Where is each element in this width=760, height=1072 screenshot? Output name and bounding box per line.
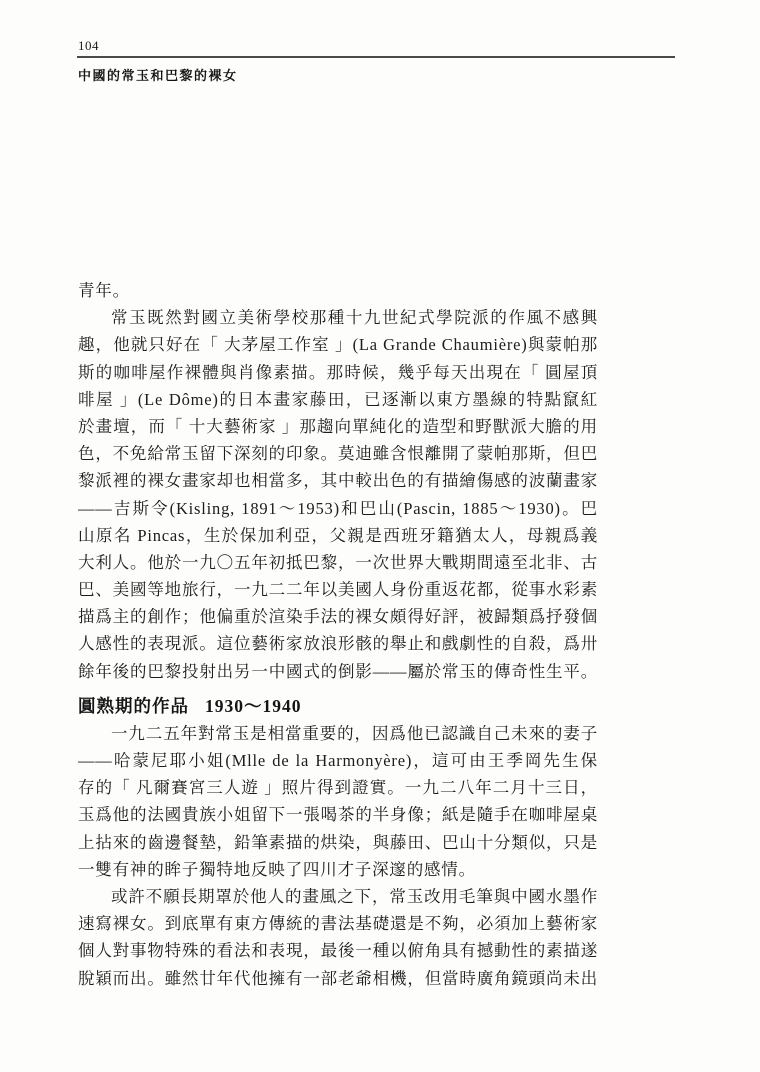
text-line: 描爲主的創作；他偏重於渲染手法的裸女頗得好評，被歸類爲抒發個 bbox=[78, 603, 598, 630]
text-line: ——吉斯令(Kisling, 1891～1953)和巴山(Pascin, 188… bbox=[78, 495, 598, 522]
text-line: 於畫壇，而「 十大藝術家 」那趨向單純化的造型和野獸派大膽的用 bbox=[78, 413, 598, 440]
text-line: 黎派裡的裸女畫家却也相當多，其中較出色的有描繪傷感的波蘭畫家 bbox=[78, 467, 598, 494]
text-line: 啡屋 」(Le Dôme)的日本畫家藤田，已逐漸以東方墨線的特點竄紅 bbox=[78, 386, 598, 413]
text-line: 一九二五年對常玉是相當重要的，因爲他已認識自己未來的妻子 bbox=[78, 720, 598, 747]
text-line: 玉爲他的法國貴族小姐留下一張喝茶的半身像；紙是隨手在咖啡屋桌 bbox=[78, 801, 598, 828]
section-heading-title: 圓熟期的作品 bbox=[78, 696, 189, 716]
text-line: 大利人。他於一九〇五年初抵巴黎，一次世界大戰期間遠至北非、古 bbox=[78, 549, 598, 576]
text-line: 趣，他就只好在「 大茅屋工作室 」(La Grande Chaumière)與蒙… bbox=[78, 331, 598, 358]
text-line: 常玉既然對國立美術學校那種十九世紀式學院派的作風不感興 bbox=[78, 304, 598, 331]
text-line: 速寫裸女。到底單有東方傳統的書法基礎還是不夠，必須加上藝術家 bbox=[78, 910, 598, 937]
text-line: 或許不願長期罩於他人的畫風之下，常玉改用毛筆與中國水墨作 bbox=[78, 883, 598, 910]
text-line: 脫穎而出。雖然廿年代他擁有一部老爺相機，但當時廣角鏡頭尚未出 bbox=[78, 965, 598, 992]
book-page: 104 中國的常玉和巴黎的裸女 青年。 常玉既然對國立美術學校那種十九世紀式學院… bbox=[0, 0, 760, 1072]
text-line: 色，不免給常玉留下深刻的印象。莫迪雖含恨離開了蒙帕那斯，但巴 bbox=[78, 440, 598, 467]
header-rule bbox=[77, 56, 675, 58]
text-line: 一雙有神的眸子獨特地反映了四川才子深邃的感情。 bbox=[78, 856, 598, 883]
section-heading-years: 1930～1940 bbox=[205, 696, 302, 716]
text-line: 青年。 bbox=[78, 277, 598, 304]
text-line: 上拈來的齒邊餐墊，鉛筆素描的烘染，與藤田、巴山十分類似，只是 bbox=[78, 829, 598, 856]
text-line: 山原名 Pincas，生於保加利亞，父親是西班牙籍猶太人，母親爲義 bbox=[78, 522, 598, 549]
text-line: 餘年後的巴黎投射出另一中國式的倒影——屬於常玉的傳奇性生平。 bbox=[78, 658, 598, 685]
text-line: ——哈蒙尼耶小姐(Mlle de la Harmonyère)，這可由王季岡先生… bbox=[78, 747, 598, 774]
running-head: 中國的常玉和巴黎的裸女 bbox=[78, 65, 238, 84]
text-line: 人感性的表現派。這位藝術家放浪形骸的舉止和戲劇性的自殺，爲卅 bbox=[78, 630, 598, 657]
body-text: 青年。 常玉既然對國立美術學校那種十九世紀式學院派的作風不感興 趣，他就只好在「… bbox=[78, 277, 598, 992]
section-heading: 圓熟期的作品1930～1940 bbox=[78, 692, 598, 720]
page-number: 104 bbox=[78, 38, 99, 54]
text-line: 存的「 凡爾賽宮三人遊 」照片得到證實。一九二八年二月十三日，常 bbox=[78, 774, 598, 801]
text-line: 巴、美國等地旅行，一九二二年以美國人身份重返花都，從事水彩素 bbox=[78, 576, 598, 603]
text-line: 個人對事物特殊的看法和表現，最後一種以俯角具有撼動性的素描遂 bbox=[78, 937, 598, 964]
text-line: 斯的咖啡屋作裸體與肖像素描。那時候，幾乎每天出現在「 圓屋頂咖 bbox=[78, 359, 598, 386]
